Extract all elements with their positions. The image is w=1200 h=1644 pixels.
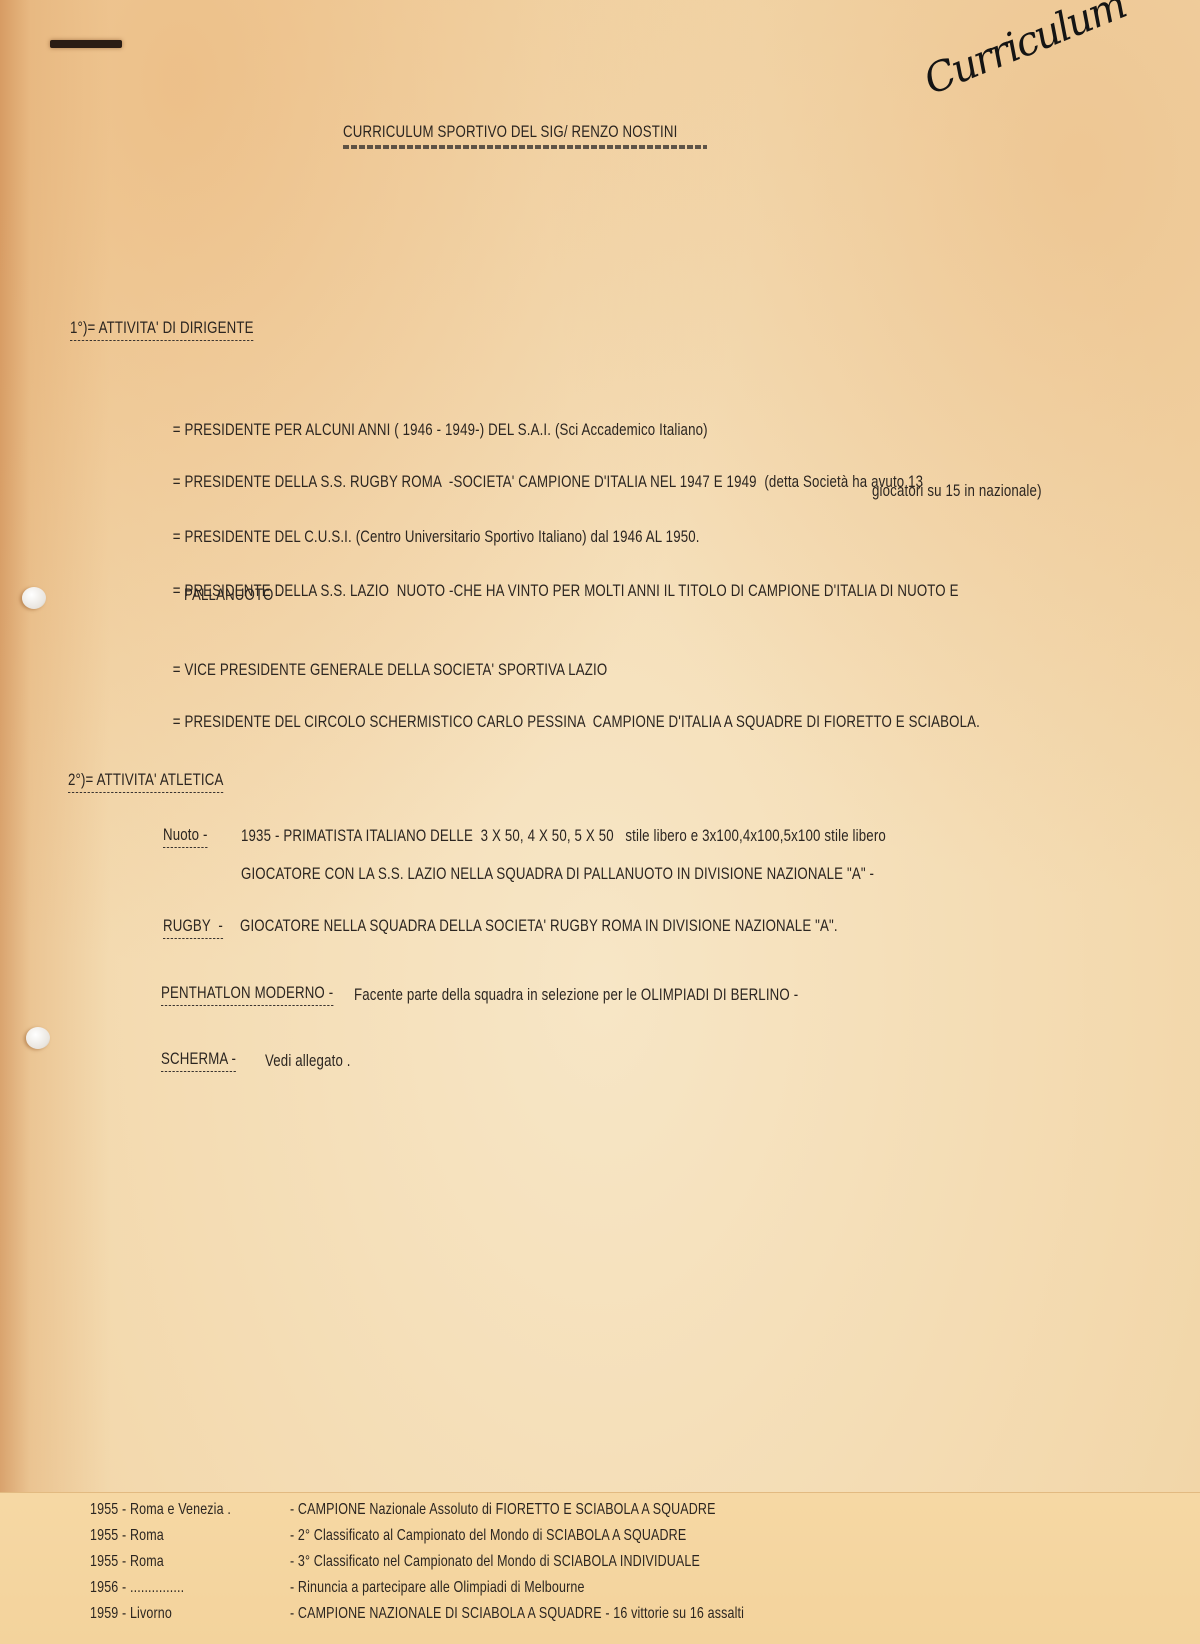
entry-text-penthatlon: Facente parte della squadra in selezione…	[354, 985, 798, 1005]
bullet: =	[173, 420, 181, 439]
punch-hole-lower	[26, 1027, 50, 1049]
bullet: =	[173, 660, 181, 679]
title-underline	[343, 145, 707, 149]
section1-item-3: = PRESIDENTE DEL C.U.S.I. (Centro Univer…	[165, 507, 700, 547]
paper-sheet	[0, 0, 1200, 1644]
attachment-row-3-year: 1955 - Roma	[90, 1553, 164, 1571]
staple	[50, 40, 122, 48]
attachment-row-2-result: - 2° Classificato al Campionato del Mond…	[290, 1527, 686, 1545]
attachment-row-1-year: 1955 - Roma e Venezia .	[90, 1501, 231, 1519]
attachment-row-2-year: 1955 - Roma	[90, 1527, 164, 1545]
section1-item-2-continuation: giocatori su 15 in nazionale)	[872, 481, 1042, 501]
item-text: PRESIDENTE DEL CIRCOLO SCHERMISTICO CARL…	[184, 712, 980, 731]
item-text: VICE PRESIDENTE GENERALE DELLA SOCIETA' …	[184, 660, 607, 679]
entry-label-scherma: SCHERMA -	[161, 1049, 236, 1072]
entry-text-scherma: Vedi allegato .	[265, 1051, 351, 1071]
item-text: PRESIDENTE DEL C.U.S.I. (Centro Universi…	[184, 527, 699, 546]
entry-text-rugby: GIOCATORE NELLA SQUADRA DELLA SOCIETA' R…	[240, 916, 838, 936]
bullet: =	[173, 472, 181, 491]
entry-label-nuoto: Nuoto -	[163, 825, 208, 848]
section1-item-4-continuation: PALLANUOTO -	[184, 585, 282, 605]
item-text: PRESIDENTE PER ALCUNI ANNI ( 1946 - 1949…	[184, 420, 707, 439]
entry-label-rugby: RUGBY -	[163, 916, 223, 939]
punch-hole-upper	[22, 587, 46, 609]
document-title: CURRICULUM SPORTIVO DEL SIG/ RENZO NOSTI…	[343, 122, 677, 142]
bullet: =	[173, 581, 181, 600]
section1-item-2: = PRESIDENTE DELLA S.S. RUGBY ROMA -SOCI…	[165, 452, 923, 492]
attachment-row-5-result: - CAMPIONE NAZIONALE DI SCIABOLA A SQUAD…	[290, 1605, 744, 1623]
item-text: PRESIDENTE DELLA S.S. RUGBY ROMA -SOCIET…	[184, 472, 923, 491]
bullet: =	[173, 527, 181, 546]
section1-heading: 1°)= ATTIVITA' DI DIRIGENTE	[70, 318, 254, 341]
entry-text-nuoto: 1935 - PRIMATISTA ITALIANO DELLE 3 X 50,…	[241, 826, 886, 846]
attachment-row-4-result: - Rinuncia a partecipare alle Olimpiadi …	[290, 1579, 585, 1597]
item-text: PRESIDENTE DELLA S.S. LAZIO NUOTO -CHE H…	[184, 581, 958, 600]
entry-label-penthatlon: PENTHATLON MODERNO -	[161, 983, 333, 1006]
section1-item-5: = VICE PRESIDENTE GENERALE DELLA SOCIETA…	[165, 640, 607, 680]
bullet: =	[173, 712, 181, 731]
attachment-row-5-year: 1959 - Livorno	[90, 1605, 172, 1623]
section1-item-4: = PRESIDENTE DELLA S.S. LAZIO NUOTO -CHE…	[165, 561, 959, 601]
entry-text-nuoto-continuation: GIOCATORE CON LA S.S. LAZIO NELLA SQUADR…	[241, 864, 874, 884]
attachment-row-3-result: - 3° Classificato nel Campionato del Mon…	[290, 1553, 700, 1571]
attachment-row-4-year: 1956 - ...............	[90, 1579, 184, 1597]
attachment-row-1-result: - CAMPIONE Nazionale Assoluto di FIORETT…	[290, 1501, 716, 1519]
section1-item-6: = PRESIDENTE DEL CIRCOLO SCHERMISTICO CA…	[165, 692, 980, 732]
section2-heading: 2°)= ATTIVITA' ATLETICA	[68, 770, 223, 793]
section1-item-1: = PRESIDENTE PER ALCUNI ANNI ( 1946 - 19…	[165, 400, 708, 440]
